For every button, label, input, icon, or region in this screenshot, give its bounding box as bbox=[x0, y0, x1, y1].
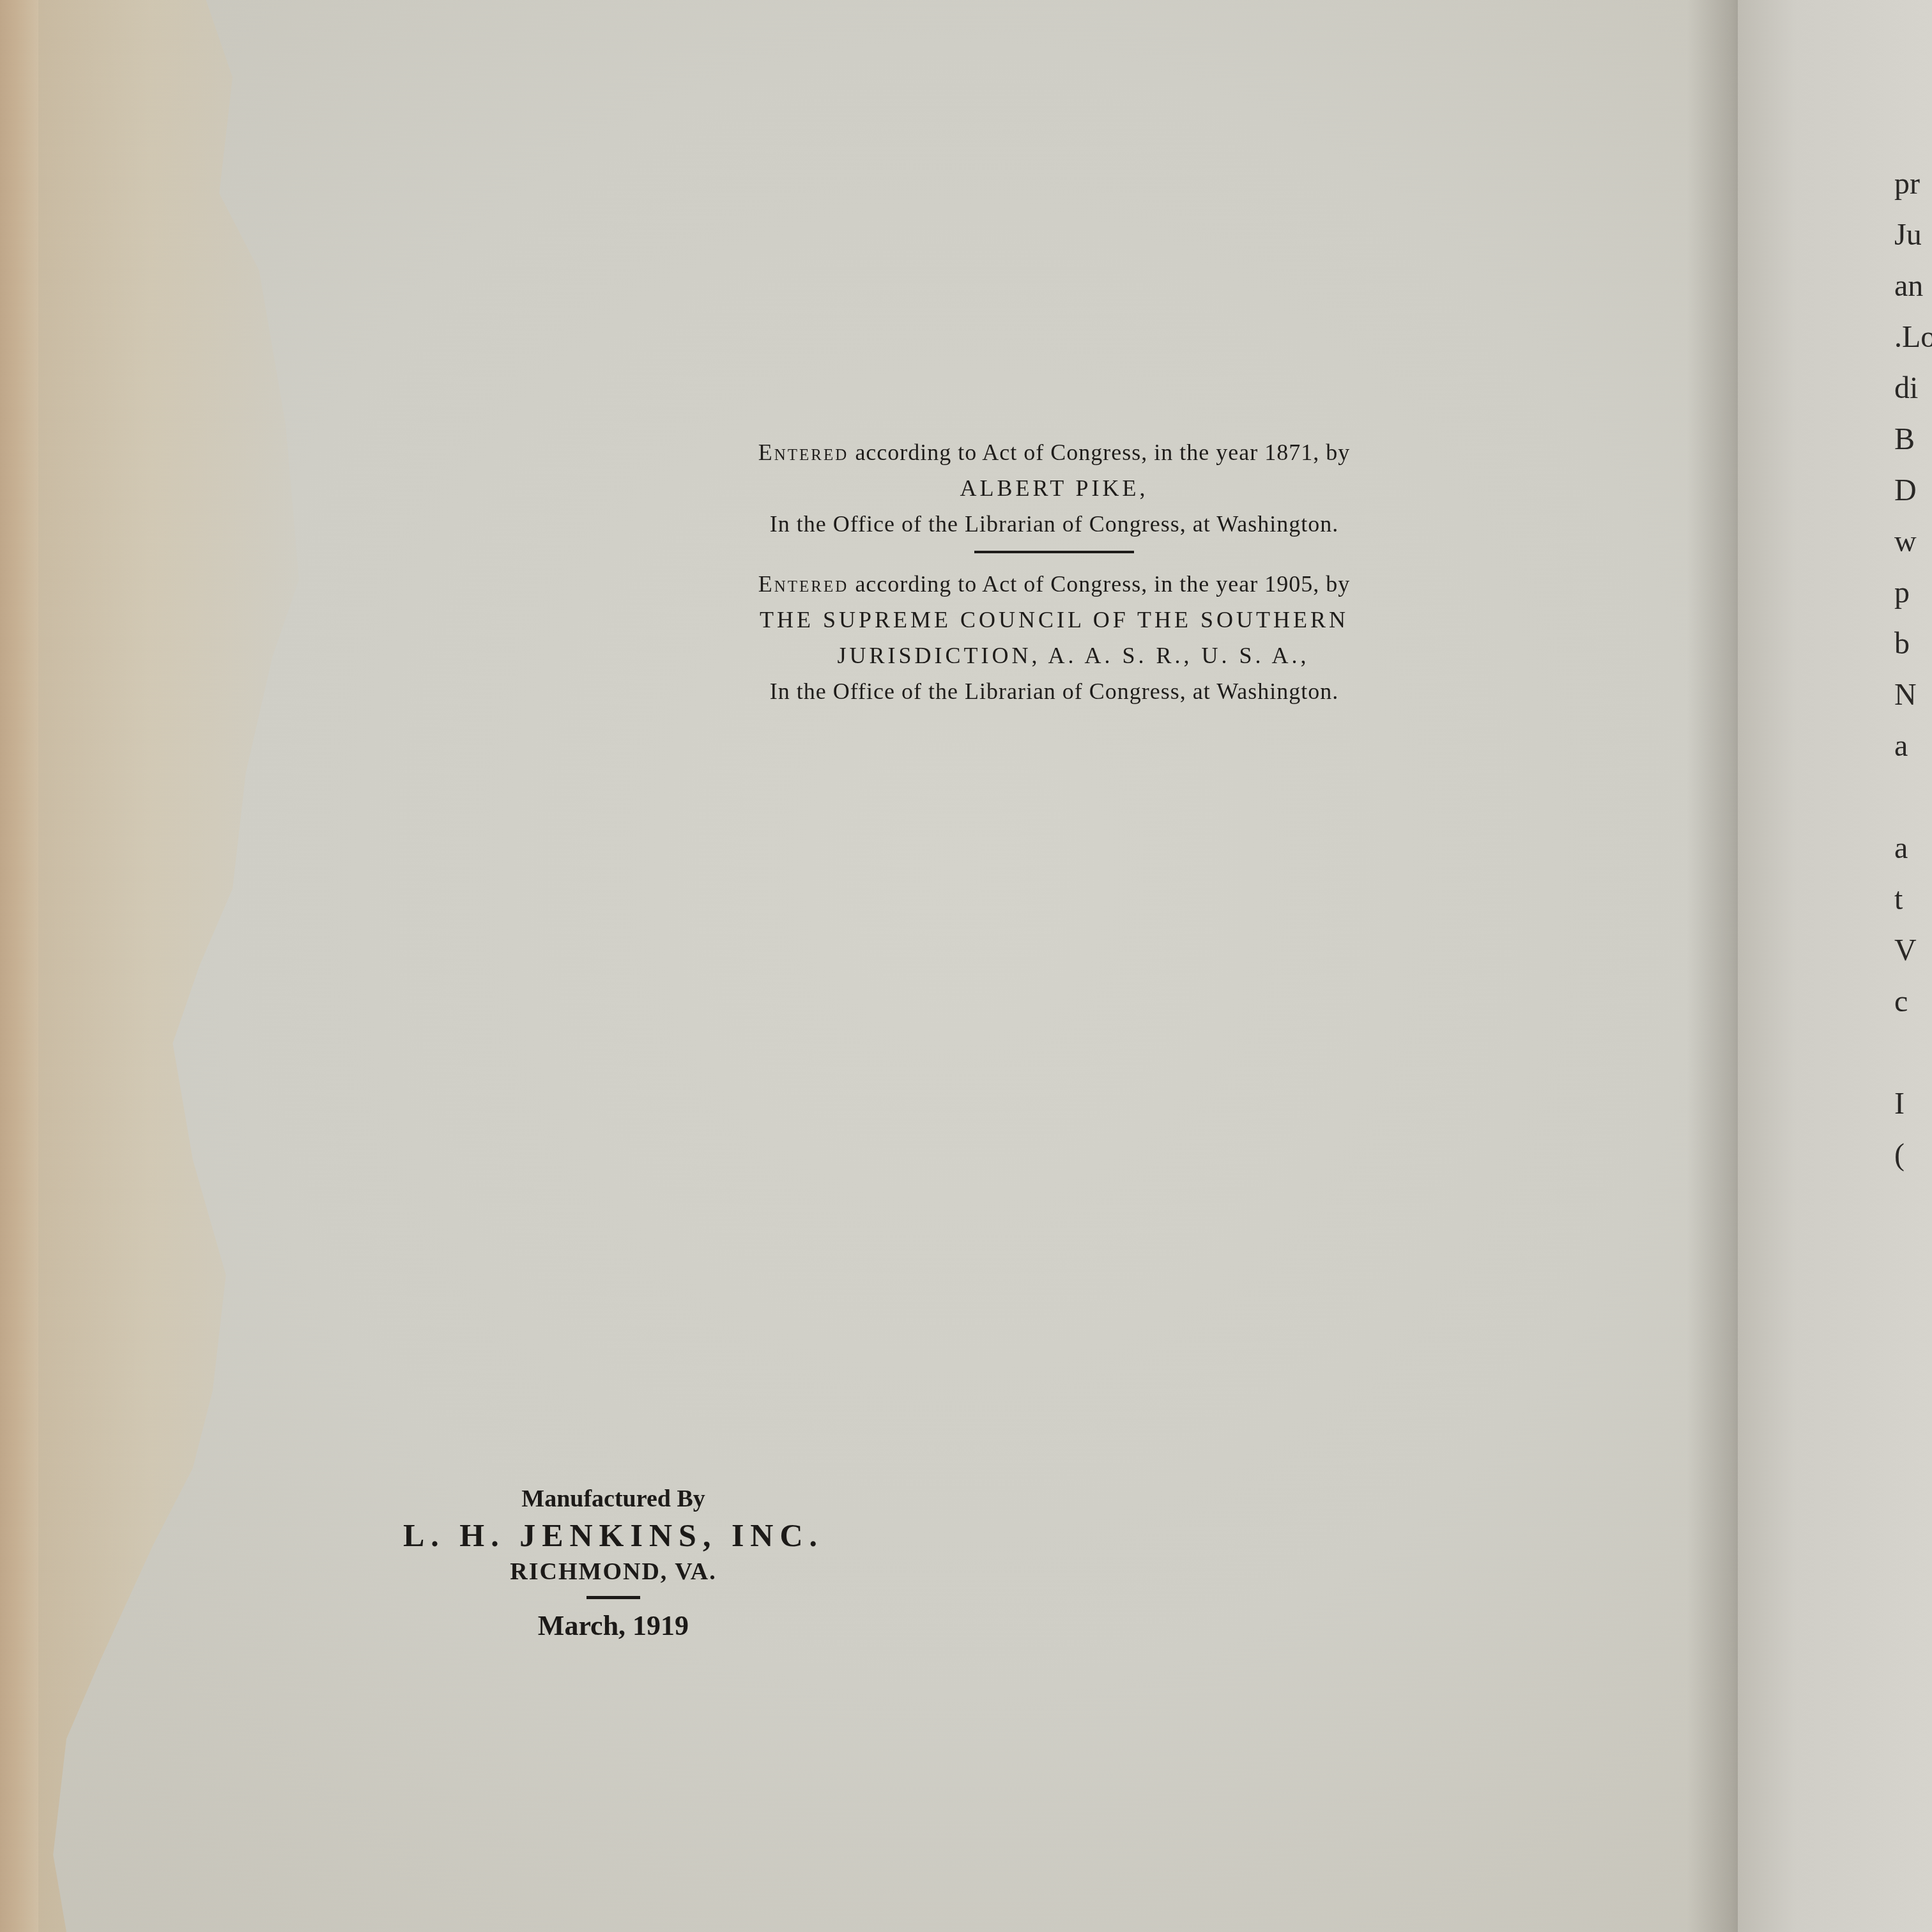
facing-line: Ju bbox=[1894, 210, 1932, 261]
copyright-1871-holder: ALBERT PIKE, bbox=[639, 470, 1469, 506]
facing-line: .Lo bbox=[1894, 312, 1932, 363]
imprint-date: March, 1919 bbox=[371, 1608, 856, 1644]
facing-line: D bbox=[1894, 465, 1932, 516]
divider-rule bbox=[974, 551, 1134, 553]
facing-line: p bbox=[1894, 567, 1932, 618]
facing-line: a bbox=[1894, 823, 1932, 874]
copyright-1871-office: In the Office of the Librarian of Congre… bbox=[639, 506, 1469, 542]
facing-line: I bbox=[1894, 1078, 1932, 1130]
imprint-rule bbox=[586, 1596, 640, 1599]
manufacturer-name: L. H. JENKINS, INC. bbox=[371, 1515, 856, 1555]
facing-line: t bbox=[1894, 874, 1932, 925]
copyright-1905: Entered according to Act of Congress, in… bbox=[639, 566, 1469, 709]
copyright-1871-line1: Entered according to Act of Congress, in… bbox=[639, 434, 1469, 470]
facing-line: an bbox=[1894, 261, 1932, 312]
facing-line: a bbox=[1894, 721, 1932, 772]
facing-page-text: pr Ju an .Lo di B D w p b N a a t V c I … bbox=[1894, 158, 1932, 1181]
copyright-1905-office: In the Office of the Librarian of Congre… bbox=[639, 673, 1469, 709]
facing-line: B bbox=[1894, 414, 1932, 465]
manufacturer-imprint: Manufactured By L. H. JENKINS, INC. RICH… bbox=[371, 1482, 856, 1644]
facing-line: di bbox=[1894, 363, 1932, 414]
facing-line: pr bbox=[1894, 158, 1932, 210]
facing-line: V bbox=[1894, 925, 1932, 976]
facing-line: b bbox=[1894, 618, 1932, 670]
facing-line: w bbox=[1894, 516, 1932, 567]
facing-line: ( bbox=[1894, 1130, 1932, 1181]
copyright-notice: Entered according to Act of Congress, in… bbox=[639, 434, 1469, 709]
facing-gap bbox=[1894, 1027, 1932, 1078]
facing-line: c bbox=[1894, 976, 1932, 1027]
copyright-1905-line1: Entered according to Act of Congress, in… bbox=[639, 566, 1469, 602]
facing-gap bbox=[1894, 772, 1932, 823]
manufactured-by-label: Manufactured By bbox=[371, 1482, 856, 1515]
copyright-1905-holder-line1: THE SUPREME COUNCIL OF THE SOUTHERN bbox=[639, 602, 1469, 638]
manufacturer-city: RICHMOND, VA. bbox=[371, 1555, 856, 1588]
facing-line: N bbox=[1894, 670, 1932, 721]
copyright-1905-holder-line2: JURISDICTION, A. A. S. R., U. S. A., bbox=[639, 638, 1469, 673]
